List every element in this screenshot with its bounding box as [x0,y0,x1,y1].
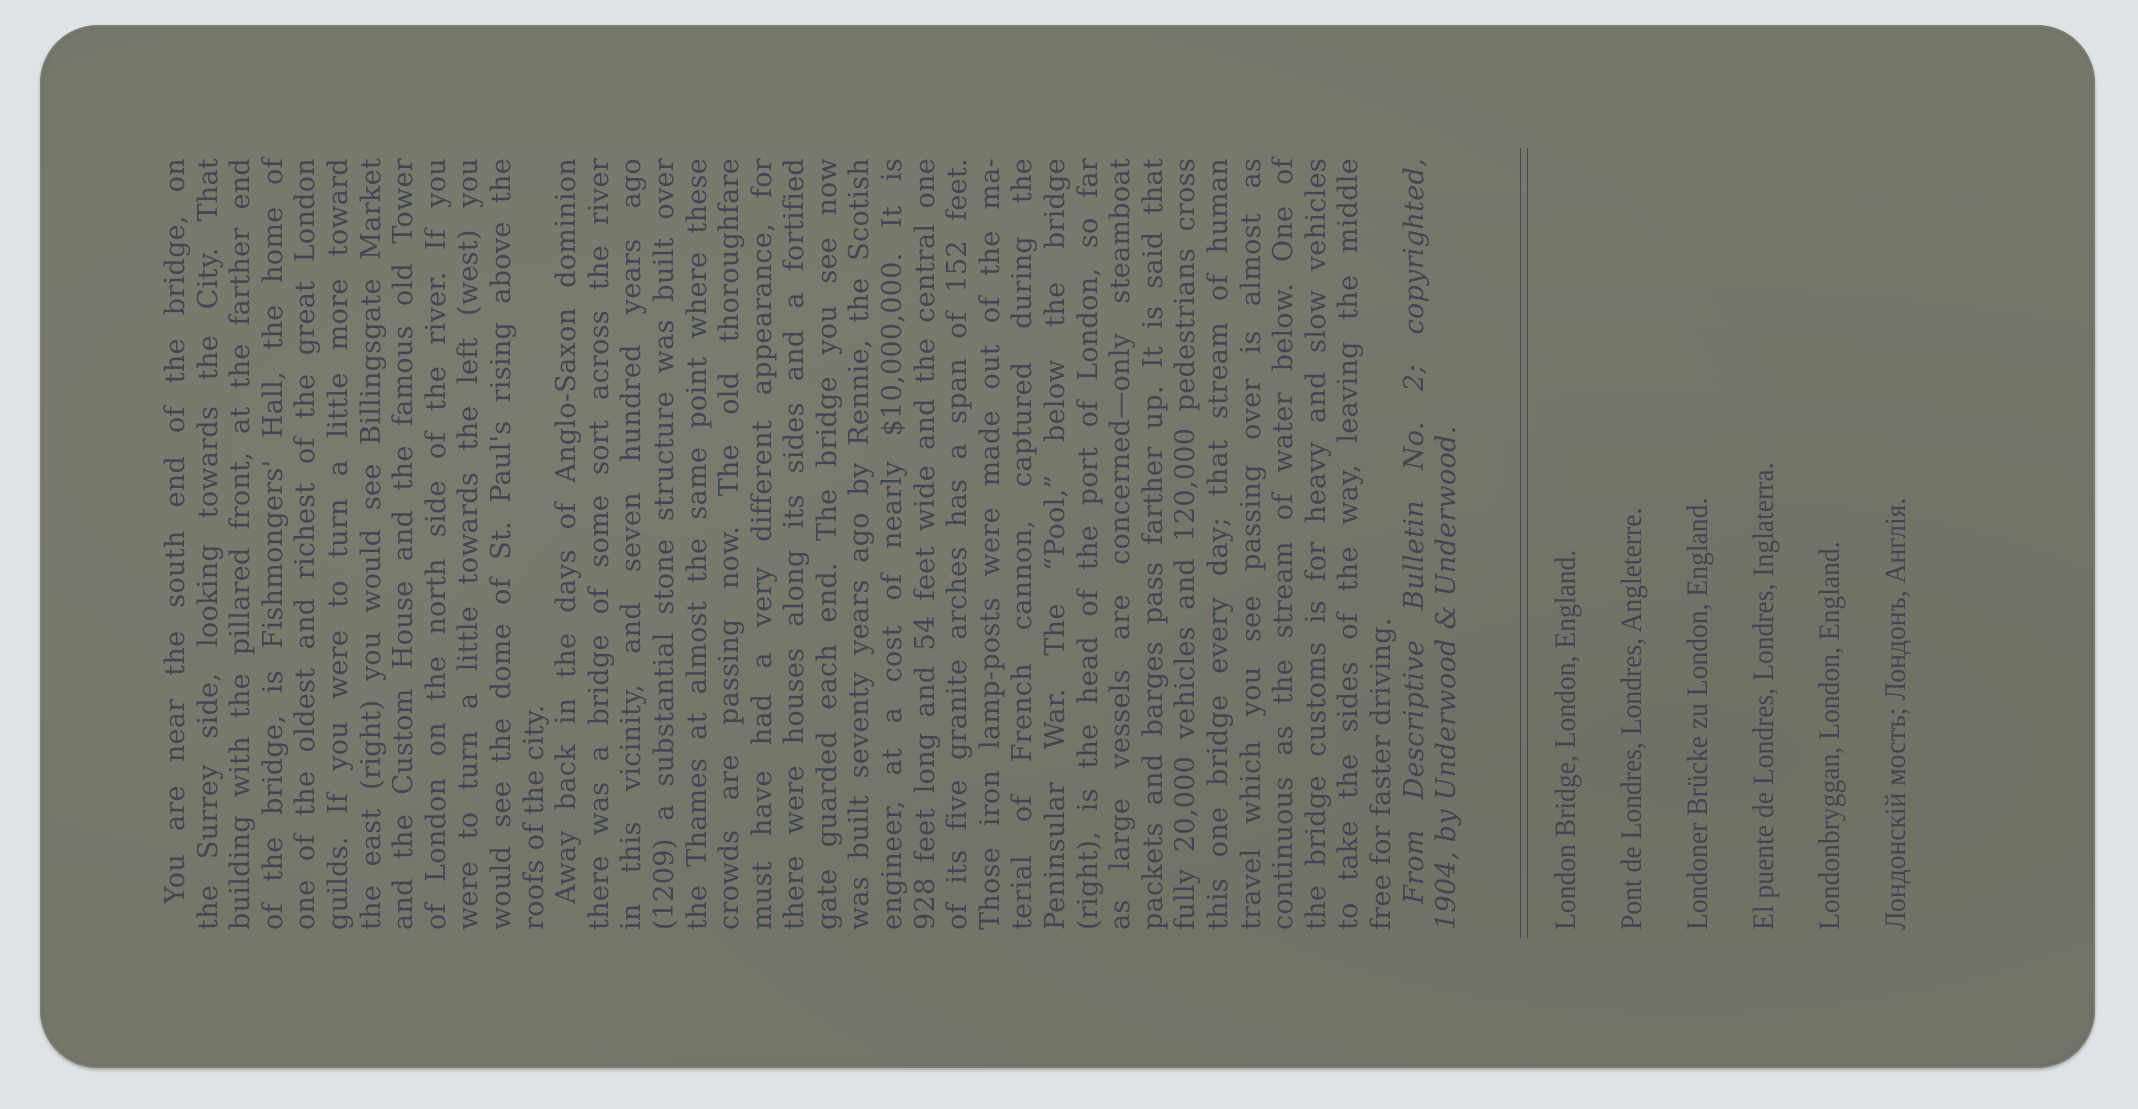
text-line: guilds. If you were to turn a little mor… [323,158,356,930]
text-line: packets and barges pass farther up. It i… [1138,158,1171,930]
caption-english: London Bridge, London, England. [1546,220,1612,930]
text-line: of its five granite arches has a span of… [942,158,975,930]
text-line: Away back in the days of Anglo-Saxon dom… [551,158,584,930]
text-line: in this vicinity, and seven hundred year… [616,158,649,930]
text-line: the Thames at almost the same point wher… [682,158,715,930]
text-line: the east (right) you would see Billingsg… [356,158,389,930]
text-line: Peninsular War. The “Pool,” below the br… [1040,158,1073,930]
text-line: terial of French cannon, captured during… [1007,158,1040,930]
credit-line: From Descriptive Bulletin No. 2; copyrig… [1399,158,1432,930]
text-line: must have had a very different appearanc… [747,158,780,930]
text-line: would see the dome of St. Paul's rising … [486,158,519,930]
text-line: engineer, at a cost of nearly $10,000,00… [877,158,910,930]
text-line: Those iron lamp-posts were made out of t… [975,158,1008,930]
text-line: (right), is the head of the port of Lond… [1073,158,1106,930]
rotated-text-block: You are near the south end of the bridge… [160,158,1940,930]
multilingual-captions: London Bridge, London, England. Pont de … [1546,158,1942,930]
text-line: the Surrey side, looking towards the Cit… [193,158,226,930]
credit-line: 1904, by Underwood & Underwood. [1431,158,1464,930]
text-line: (1209) a substantial stone structure was… [649,158,682,930]
text-line: roofs of the city. [519,158,552,930]
caption-spanish: El puente de Londres, Londres, Inglaterr… [1744,220,1810,930]
double-rule-divider [1520,148,1528,938]
text-line: of London on the north side of the river… [421,158,454,930]
text-line: the bridge customs is for heavy and slow… [1301,158,1334,930]
text-line: was built seventy years ago by Rennie, t… [844,158,877,930]
text-line: as large vessels are concerned—only stea… [1105,158,1138,930]
text-line: crowds are passing now. The old thorough… [714,158,747,930]
caption-russian: Лондонскій мостъ; Лондонъ, Англія. [1876,220,1942,930]
text-line: building with the pillared front, at the… [225,158,258,930]
text-line: this one bridge every day; that stream o… [1203,158,1236,930]
text-line: there was a bridge of some sort across t… [584,158,617,930]
caption-french: Pont de Londres, Londres, Angleterre. [1612,220,1678,930]
text-line: to take the sides of the way, leaving th… [1333,158,1366,930]
text-line: travel which you see passing over is alm… [1236,158,1269,930]
text-line: were to turn a little towards the left (… [453,158,486,930]
main-description: You are near the south end of the bridge… [160,158,1464,930]
text-line: continuous as the stream of water below.… [1268,158,1301,930]
text-line: of the bridge, is Fishmongers' Hall, the… [258,158,291,930]
text-line: there were houses along its sides and a … [779,158,812,930]
caption-swedish: Londonbryggan, London, England. [1810,220,1876,930]
caption-german: Londoner Brücke zu London, England. [1678,220,1744,930]
text-line: one of the oldest and richest of the gre… [290,158,323,930]
text-line: free for faster driving. [1366,158,1399,930]
text-line: fully 20,000 vehicles and 120,000 pedest… [1170,158,1203,930]
text-line: You are near the south end of the bridge… [160,158,193,930]
text-line: 928 feet long and 54 feet wide and the c… [910,158,943,930]
text-line: gate guarded each end. The bridge you se… [812,158,845,930]
text-line: and the Custom House and the famous old … [388,158,421,930]
